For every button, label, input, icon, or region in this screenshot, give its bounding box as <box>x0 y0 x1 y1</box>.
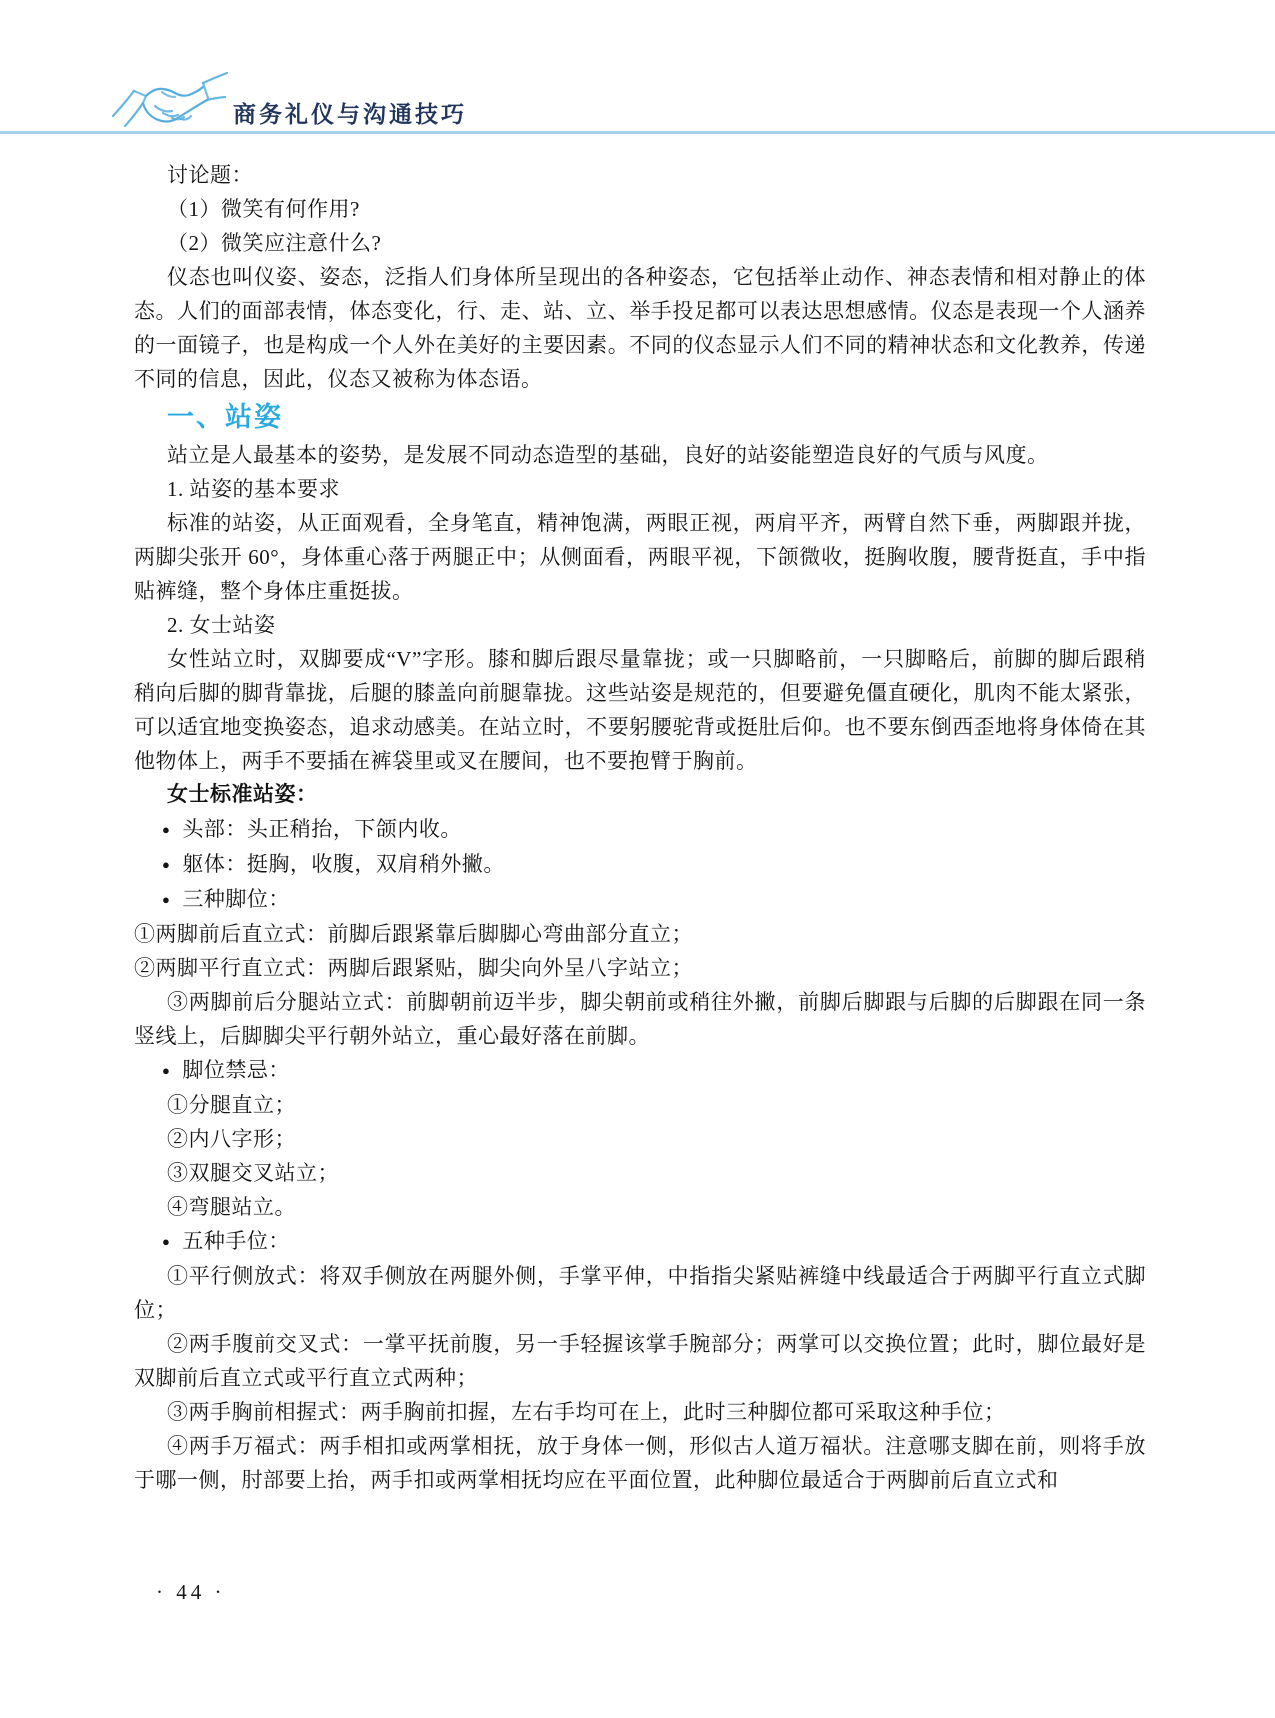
foot-taboo-item: ③双腿交叉站立； <box>134 1156 1146 1190</box>
hand-position-item: ②两手腹前交叉式：一掌平抚前腹，另一手轻握该掌手腕部分；两掌可以交换位置；此时，… <box>134 1327 1146 1395</box>
bullet-item-head: ●头部：头正稍抬，下颌内收。 <box>134 812 1146 847</box>
bullet-icon: ● <box>162 848 170 882</box>
bullet-text: 三种脚位： <box>182 887 290 911</box>
subsection-2-title: 2. 女士站姿 <box>134 608 1146 642</box>
bullet-text: 躯体：挺胸，收腹，双肩稍外撇。 <box>182 852 505 876</box>
handshake-icon <box>110 64 230 130</box>
hand-position-item: ④两手万福式：两手相扣或两掌相抚，放于身体一侧，形似古人道万福状。注意哪支脚在前… <box>134 1429 1146 1497</box>
foot-position-item: ②两脚平行直立式：两脚后跟紧贴，脚尖向外呈八字站立； <box>134 951 1146 985</box>
bullet-text: 脚位禁忌： <box>182 1058 290 1082</box>
foot-taboo-item: ④弯腿站立。 <box>134 1190 1146 1224</box>
foot-taboo-item: ①分腿直立； <box>134 1088 1146 1122</box>
intro-paragraph: 仪态也叫仪姿、姿态，泛指人们身体所呈现出的各种姿态，它包括举止动作、神态表情和相… <box>134 260 1146 396</box>
header-title: 商务礼仪与沟通技巧 <box>233 96 467 129</box>
foot-taboo-item: ②内八字形； <box>134 1122 1146 1156</box>
subsection-2-body: 女性站立时，双脚要成“V”字形。膝和脚后跟尽量靠拢；或一只脚略前，一只脚略后，前… <box>134 642 1146 778</box>
bullet-icon: ● <box>162 883 170 917</box>
bullet-item-hand-positions: ●五种手位： <box>134 1224 1146 1259</box>
bullet-item-foot-positions: ●三种脚位： <box>134 882 1146 917</box>
page-header: 商务礼仪与沟通技巧 <box>0 0 1275 134</box>
bullet-item-foot-taboos: ●脚位禁忌： <box>134 1053 1146 1088</box>
foot-position-item: ③两脚前后分腿站立式：前脚朝前迈半步，脚尖朝前或稍往外撇，前脚后脚跟与后脚的后脚… <box>134 985 1146 1053</box>
book-page: 商务礼仪与沟通技巧 讨论题： （1）微笑有何作用? （2）微笑应注意什么? 仪态… <box>0 0 1275 1718</box>
subsection-1-title: 1. 站姿的基本要求 <box>134 472 1146 506</box>
hand-position-item: ③两手胸前相握式：两手胸前扣握，左右手均可在上，此时三种脚位都可采取这种手位； <box>134 1395 1146 1429</box>
bullet-icon: ● <box>162 1054 170 1088</box>
hand-position-item: ①平行侧放式：将双手侧放在两腿外侧，手掌平伸，中指指尖紧贴裤缝中线最适合于两脚平… <box>134 1259 1146 1327</box>
standard-posture-label: 女士标准站姿： <box>134 778 1146 812</box>
section-heading: 一、站姿 <box>134 396 1146 438</box>
bullet-text: 五种手位： <box>182 1229 290 1253</box>
page-number: · 44 · <box>156 1580 226 1605</box>
discussion-q1: （1）微笑有何作用? <box>134 192 1146 226</box>
content-column: 讨论题： （1）微笑有何作用? （2）微笑应注意什么? 仪态也叫仪姿、姿态，泛指… <box>134 158 1146 1497</box>
bullet-text: 头部：头正稍抬，下颌内收。 <box>182 817 462 841</box>
subsection-1-body: 标准的站姿，从正面观看，全身笔直，精神饱满，两眼正视，两肩平齐，两臂自然下垂，两… <box>134 506 1146 608</box>
discussion-label: 讨论题： <box>134 158 1146 192</box>
bullet-icon: ● <box>162 813 170 847</box>
bullet-icon: ● <box>162 1225 170 1259</box>
bullet-item-torso: ●躯体：挺胸，收腹，双肩稍外撇。 <box>134 847 1146 882</box>
discussion-q2: （2）微笑应注意什么? <box>134 226 1146 260</box>
foot-position-item: ①两脚前后直立式：前脚后跟紧靠后脚脚心弯曲部分直立； <box>134 917 1146 951</box>
section-lead: 站立是人最基本的姿势，是发展不同动态造型的基础，良好的站姿能塑造良好的气质与风度… <box>134 438 1146 472</box>
